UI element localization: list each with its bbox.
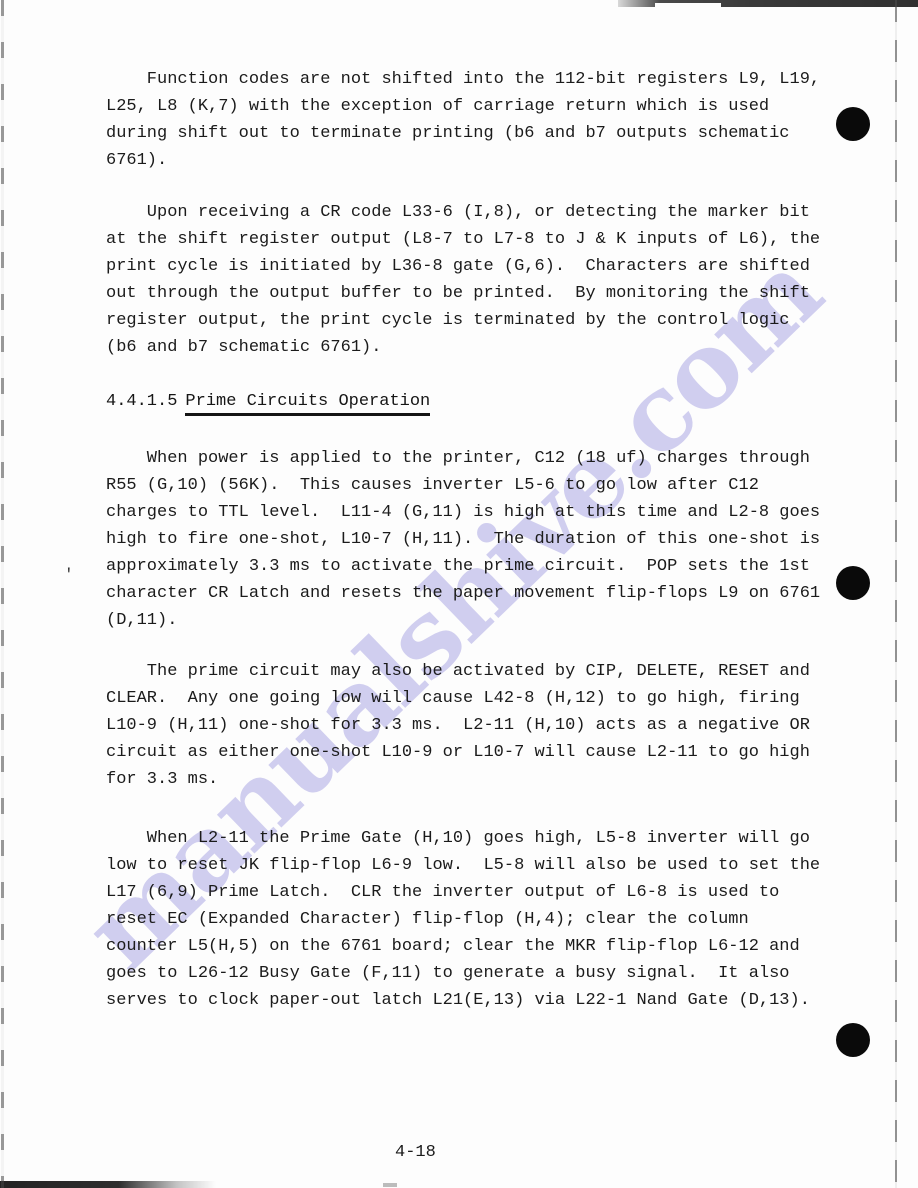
section-heading: 4.4.1.5Prime Circuits Operation bbox=[106, 388, 430, 415]
section-title: Prime Circuits Operation bbox=[185, 392, 430, 416]
paragraph-prime-circuit-activation: The prime circuit may also be activated … bbox=[106, 658, 810, 793]
scan-artifact-bottom-band bbox=[0, 1181, 216, 1188]
paragraph-function-codes: Function codes are not shifted into the … bbox=[106, 66, 820, 174]
stray-scan-mark: ' bbox=[64, 566, 74, 584]
scan-artifact-left-edge-line bbox=[1, 0, 4, 1188]
section-number: 4.4.1.5 bbox=[106, 392, 177, 411]
binder-hole-dot-1 bbox=[836, 107, 870, 141]
scan-artifact-bottom-tick bbox=[383, 1183, 397, 1187]
paragraph-cr-code: Upon receiving a CR code L33-6 (I,8), or… bbox=[106, 199, 820, 361]
scanned-manual-page: manualshive.com Function codes are not s… bbox=[0, 0, 918, 1188]
scan-artifact-right-edge-line bbox=[895, 0, 897, 1188]
page-number: 4-18 bbox=[395, 1139, 436, 1166]
binder-hole-dot-3 bbox=[836, 1023, 870, 1057]
binder-hole-dot-2 bbox=[836, 566, 870, 600]
scan-artifact-top-notch bbox=[655, 3, 721, 8]
paragraph-power-applied: When power is applied to the printer, C1… bbox=[106, 445, 820, 634]
paragraph-prime-gate: When L2-11 the Prime Gate (H,10) goes hi… bbox=[106, 825, 820, 1014]
